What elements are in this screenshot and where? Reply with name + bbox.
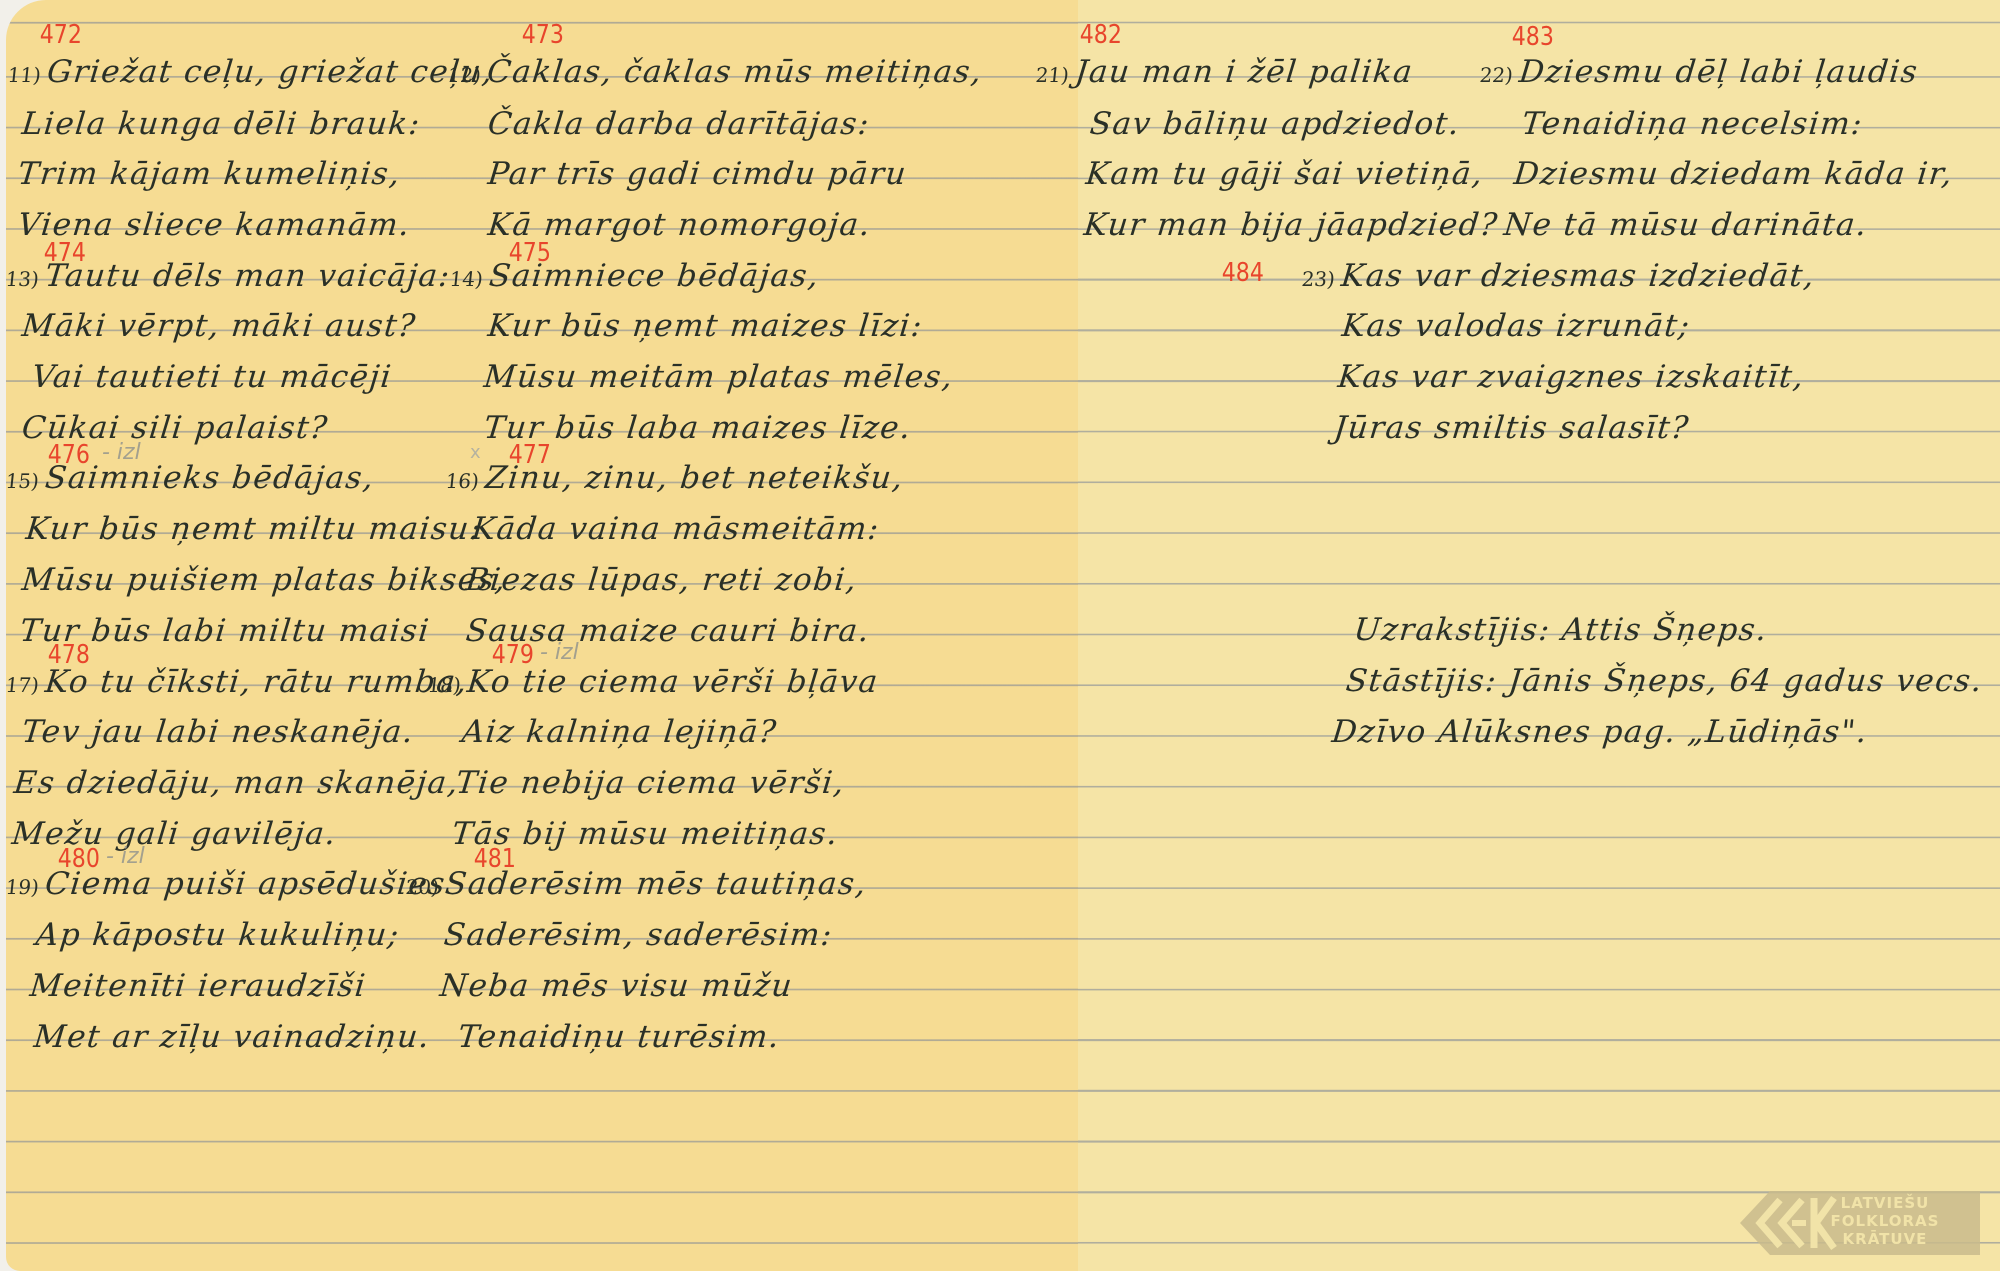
song-number: 15) [4,469,40,493]
song-number: 12) [446,63,482,87]
pencil-annotation: - izl [540,640,579,665]
verse-line: 16)Zinu, zinu, bet neteikšu, [444,460,906,496]
verse-line: 12)Čaklas, čaklas mūs meitiņas, [446,54,984,90]
verse-line: Aiz kalniņa lejiņā? [460,714,779,750]
song-number: 18) [426,673,462,697]
verse-line: Kur būs ņemt miltu maisu: [24,511,484,547]
verse-line: Tie nebija ciema vērši, [454,765,847,801]
verse-line: Dziesmu dziedam kāda ir, [1512,156,1955,192]
verse-line: Saderēsim, saderēsim: [442,917,835,953]
song-number: 13) [4,267,40,291]
verse-line: Met ar zīļu vainadziņu. [32,1019,432,1055]
verse-line: Mūsu puišiem platas bikses, [20,562,508,598]
verse-line: 17)Ko tu čīksti, rātu rumba, [4,664,470,700]
verse-line: Kas valodas izrunāt; [1340,308,1692,344]
verse-line: Ne tā mūsu darināta. [1502,207,1869,243]
verse-line: 19)Ciema puiši apsēdušies [4,866,448,902]
archive-number: 473 [522,20,564,50]
song-number: 23) [1300,267,1336,291]
archive-number: 484 [1222,258,1264,288]
archive-number: 472 [40,20,82,50]
verse-line: Par trīs gadi cimdu pāru [486,156,909,192]
verse-line: 11)Griežat ceļu, griežat ceļu, [6,54,495,90]
verse-line: 18)Ko tie ciema vērši bļāva [426,664,880,700]
song-number: 20) [404,875,440,899]
recorder-note: Uzrakstījis: Attis Šņeps. [1352,612,1769,648]
verse-line: 22)Dziesmu dēļ labi ļaudis [1478,54,1920,90]
song-number: 11) [6,63,42,87]
lfk-watermark: LATVIEŠU FOLKLORAS KRĀTUVE [1740,1188,1990,1258]
verse-line: 20)Saderēsim mēs tautiņas, [404,866,869,902]
verse-line: 21)Jau man i žēl palika [1034,54,1415,90]
residence-note: Dzīvo Alūksnes pag. „Lūdiņās". [1330,714,1870,750]
verse-line: Čakla darba darītājas: [486,106,872,142]
verse-line: Tenaidiņu turēsim. [456,1019,782,1055]
verse-line: Kur būs ņemt maizes līzi: [486,308,925,344]
verse-line: Liela kunga dēli brauk: [20,106,423,142]
verse-line: Ap kāpostu kukuliņu; [34,917,402,953]
verse-line: Trim kājam kumeliņis, [16,156,403,192]
song-number: 16) [444,469,480,493]
song-number: 14) [448,267,484,291]
verse-line: 15)Saimnieks bēdājas, [4,460,376,496]
song-number: 22) [1478,63,1514,87]
verse-line: Kāda vaina māsmeitām: [470,511,882,547]
lfk-logo-text: LATVIEŠU FOLKLORAS KRĀTUVE [1830,1194,1940,1248]
verse-line: Tev jau labi neskanēja. [20,714,416,750]
verse-line: 14)Saimniece bēdājas, [448,258,821,294]
verse-line: Tenaidiņa necelsim: [1520,106,1865,142]
verse-line: Kur man bija jāapdzied? [1082,207,1500,243]
verse-line: Jūras smiltis salasīt? [1332,410,1691,446]
verse-line: Mūsu meitām platas mēles, [482,359,955,395]
verse-line: Kas var zvaigznes izskaitīt, [1336,359,1806,395]
verse-line: Es dziedāju, man skanēja, [12,765,461,801]
narrator-note: Stāstījis: Jānis Šņeps, 64 gadus vecs. [1344,663,1985,699]
song-number: 21) [1034,63,1070,87]
verse-line: Neba mēs visu mūžu [438,968,795,1004]
verse-line: Sav bāliņu apdziedot. [1088,106,1462,142]
archive-number: 483 [1512,22,1554,52]
verse-line: Meitenīti ieraudzīši [28,968,368,1004]
song-number: 19) [4,875,40,899]
verse-line: Kam tu gāji šai vietiņā, [1084,156,1485,192]
verse-line: 23)Kas var dziesmas izdziedāt, [1300,258,1817,294]
song-number: 17) [4,673,40,697]
verse-line: 13)Tautu dēls man vaicāja: [4,258,452,294]
verse-line: Māki vērpt, māki aust? [20,308,418,344]
verse-line: Vai tautieti tu mācēji [30,359,394,395]
archive-number: 482 [1080,20,1122,50]
verse-line: Biezas lūpas, reti zobi, [464,562,859,598]
